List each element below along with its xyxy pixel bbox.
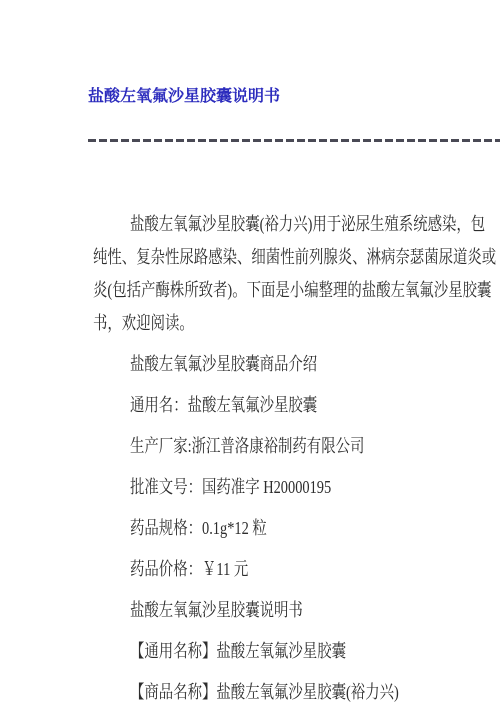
item-text: 通用名：盐酸左氧氟沙星胶囊 — [130, 396, 317, 414]
approval-number-line: 批准文号：国药准字 H20000195 — [130, 478, 500, 496]
item-text: 药品规格：0.1g*12 粒 — [130, 519, 267, 537]
item-text: 批准文号：国药准字 H20000195 — [130, 478, 331, 496]
item-text: 生产厂家:浙江普洛康裕制药有限公司 — [130, 437, 364, 455]
document-title: 盐酸左氧氟沙星胶囊说明书 — [88, 88, 500, 106]
intro-line-text: 纯性、复杂性尿路感染、细菌性前列腺炎、淋病奈瑟菌尿道炎或 — [93, 241, 496, 274]
dashed-divider — [88, 139, 500, 142]
price-line: 药品价格：￥11 元 — [130, 560, 500, 578]
intro-line-text: 书，欢迎阅读。 — [93, 307, 194, 340]
intro-line-text: 盐酸左氧氟沙星胶囊(裕力兴)用于泌尿生殖系统感染，包 — [130, 208, 485, 241]
intro-line-text: 炎(包括产酶株所致者)。下面是小编整理的盐酸左氧氟沙星胶囊 — [93, 274, 491, 307]
section-heading-instructions: 盐酸左氧氟沙星胶囊说明书 — [130, 601, 500, 619]
item-text: 【商品名称】盐酸左氧氟沙星胶囊(裕力兴) — [130, 683, 399, 701]
item-text: 药品价格：￥11 元 — [130, 560, 248, 578]
generic-name-line: 通用名：盐酸左氧氟沙星胶囊 — [130, 396, 500, 414]
section-heading-product-intro: 盐酸左氧氟沙星胶囊商品介绍 — [130, 355, 500, 373]
document-page: 盐酸左氧氟沙星胶囊说明书 盐酸左氧氟沙星胶囊(裕力兴)用于泌尿生殖系统感染，包 … — [0, 0, 500, 708]
intro-line: 炎(包括产酶株所致者)。下面是小编整理的盐酸左氧氟沙星胶囊 — [93, 274, 500, 307]
intro-line: 纯性、复杂性尿路感染、细菌性前列腺炎、淋病奈瑟菌尿道炎或 — [93, 241, 500, 274]
specification-line: 药品规格：0.1g*12 粒 — [130, 519, 500, 537]
item-text: 【通用名称】盐酸左氧氟沙星胶囊 — [130, 642, 346, 660]
intro-line: 书，欢迎阅读。 — [93, 307, 500, 340]
detail-list: 盐酸左氧氟沙星胶囊商品介绍 通用名：盐酸左氧氟沙星胶囊 生产厂家:浙江普洛康裕制… — [130, 355, 500, 701]
intro-line: 盐酸左氧氟沙星胶囊(裕力兴)用于泌尿生殖系统感染，包 — [93, 208, 500, 241]
trade-name-bracket-line: 【商品名称】盐酸左氧氟沙星胶囊(裕力兴) — [130, 683, 500, 701]
item-text: 盐酸左氧氟沙星胶囊说明书 — [130, 601, 303, 619]
generic-name-bracket-line: 【通用名称】盐酸左氧氟沙星胶囊 — [130, 642, 500, 660]
manufacturer-line: 生产厂家:浙江普洛康裕制药有限公司 — [130, 437, 500, 455]
intro-paragraph: 盐酸左氧氟沙星胶囊(裕力兴)用于泌尿生殖系统感染，包 纯性、复杂性尿路感染、细菌… — [93, 208, 500, 340]
item-text: 盐酸左氧氟沙星胶囊商品介绍 — [130, 355, 317, 373]
